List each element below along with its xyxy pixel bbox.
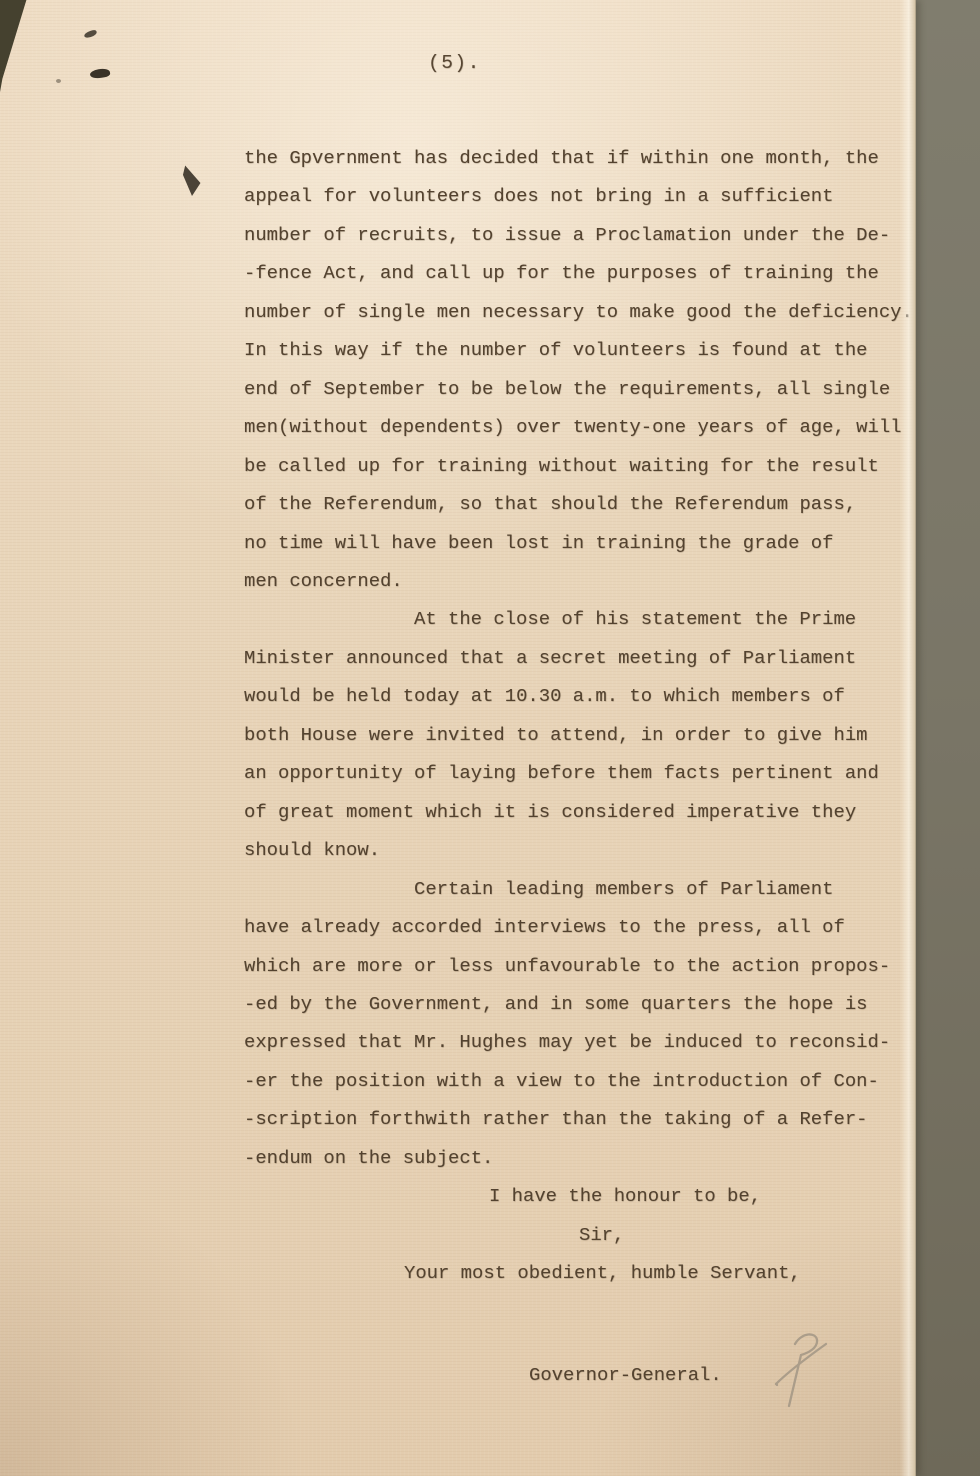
letter-body: the Gpvernment has decided that if withi… [244,139,944,1394]
text-line: Sir, [244,1216,944,1254]
text-line: number of recruits, to issue a Proclamat… [244,216,944,254]
text-line: Minister announced that a secret meeting… [244,639,944,677]
ink-blot-arrow [182,164,202,196]
text-line: have already accorded interviews to the … [244,908,944,946]
text-line: of the Referendum, so that should the Re… [244,485,944,523]
text-line: be called up for training without waitin… [244,447,944,485]
text-line: Governor-General. [244,1356,944,1394]
paper-sheet: (5). the Gpvernment has decided that if … [0,0,916,1476]
scanned-letter-page: (5). the Gpvernment has decided that if … [0,0,980,1476]
text-line: should know. [244,831,944,869]
text-line: no time will have been lost in training … [244,524,944,562]
text-line: men(without dependents) over twenty-one … [244,408,944,446]
text-line: an opportunity of laying before them fac… [244,754,944,792]
page-corner-fold-shadow [0,0,30,96]
text-line: In this way if the number of volunteers … [244,331,944,369]
text-line: would be held today at 10.30 a.m. to whi… [244,677,944,715]
text-line: Certain leading members of Parliament [244,870,944,908]
text-line: of great moment which it is considered i… [244,793,944,831]
text-line: -ed by the Government, and in some quart… [244,985,944,1023]
page-number: (5). [428,52,481,74]
text-line: At the close of his statement the Prime [244,600,944,638]
text-line: men concerned. [244,562,944,600]
text-line: appeal for volunteers does not bring in … [244,177,944,215]
text-line: both House were invited to attend, in or… [244,716,944,754]
text-line: the Gpvernment has decided that if withi… [244,139,944,177]
ink-speck [83,29,97,39]
text-line: I have the honour to be, [244,1177,944,1215]
text-line: end of September to be below the require… [244,370,944,408]
text-line: number of single men necessary to make g… [244,293,944,331]
text-line: which are more or less unfavourable to t… [244,947,944,985]
text-line: -endum on the subject. [244,1139,944,1177]
text-line: -scription forthwith rather than the tak… [244,1100,944,1138]
text-line: -fence Act, and call up for the purposes… [244,254,944,292]
text-line: expressed that Mr. Hughes may yet be ind… [244,1023,944,1061]
pencil-mark-7 [768,1322,832,1414]
ink-speck [56,79,61,83]
ink-speck [89,67,110,79]
text-line: -er the position with a view to the intr… [244,1062,944,1100]
text-line: Your most obedient, humble Servant, [244,1254,944,1292]
